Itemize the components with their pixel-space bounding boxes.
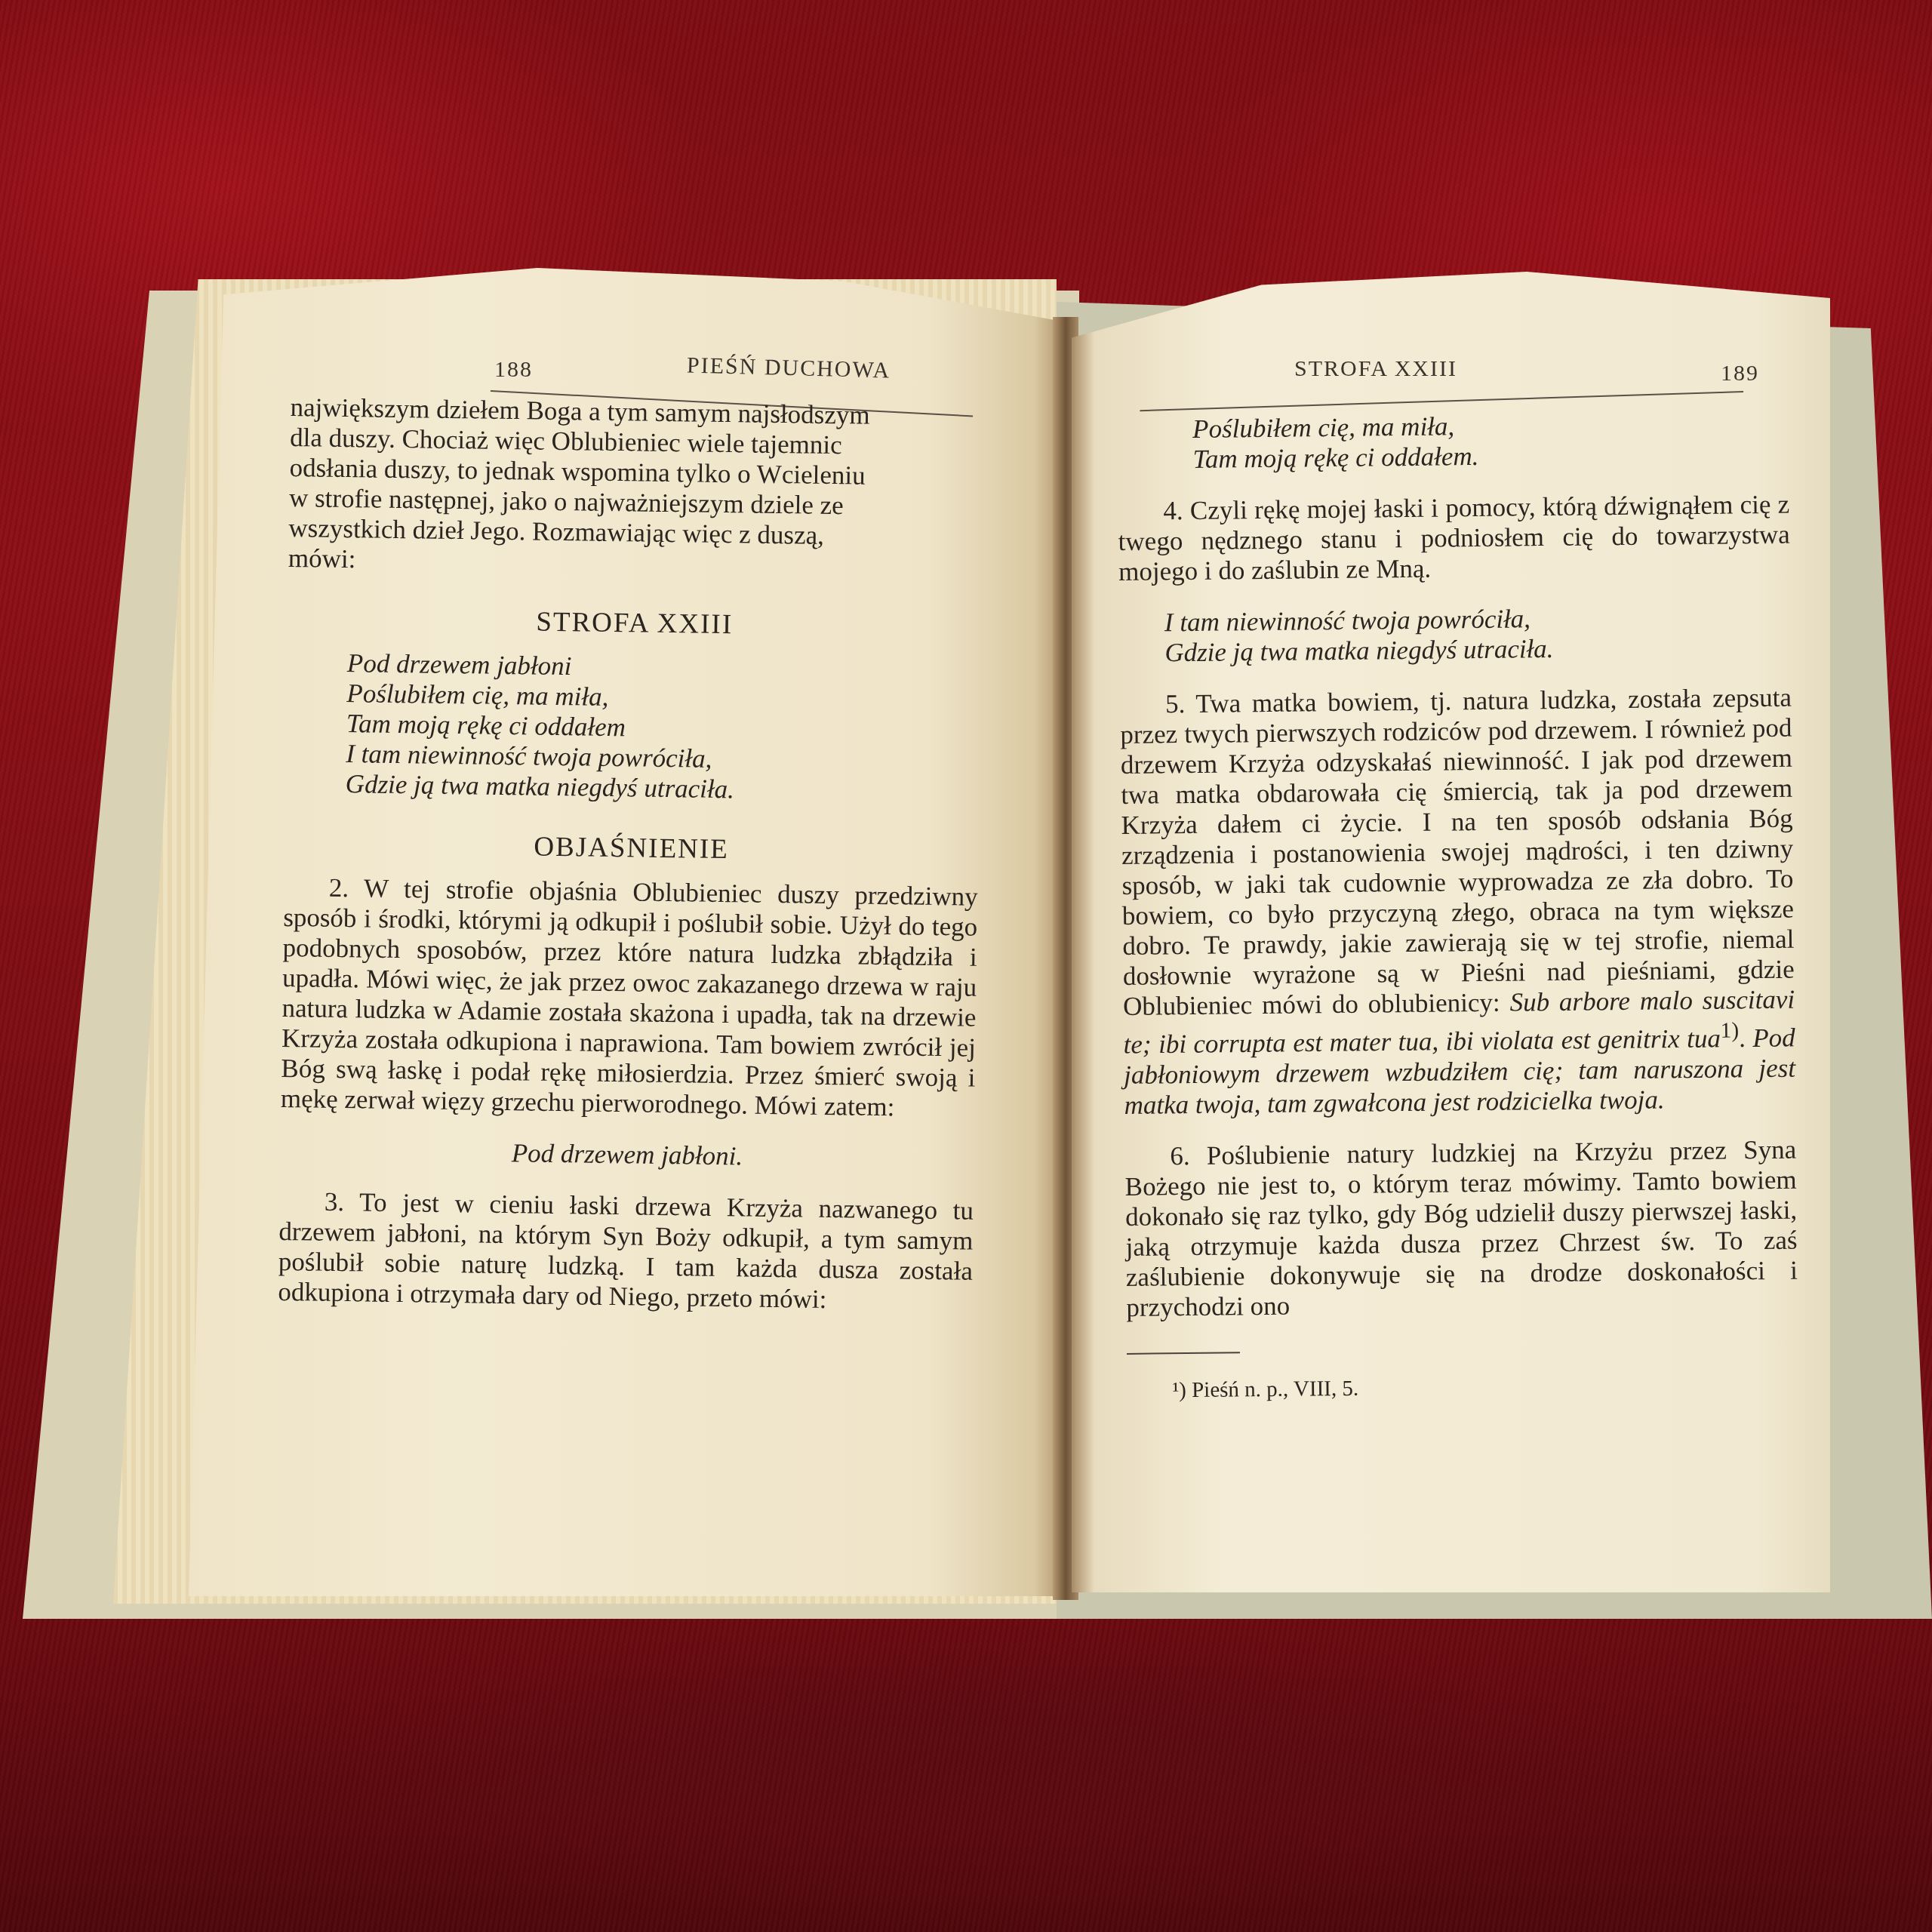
intro-paragraph: największym dziełem Boga a tym samym naj…	[288, 392, 985, 583]
left-page: 188 PIEŚŃ DUCHOWA największym dziełem Bo…	[189, 268, 1060, 1596]
quote-line: Pod drzewem jabłoni.	[280, 1135, 974, 1175]
right-page: STROFA XXIII 189 Poślubiłem cię, ma miła…	[1072, 272, 1830, 1592]
footnote-rule	[1127, 1352, 1240, 1355]
page-number-left: 188	[494, 357, 533, 383]
paragraph-2: 2. W tej strofie objaśnia Oblubieniec du…	[281, 872, 978, 1124]
left-page-body: największym dziełem Boga a tym samym naj…	[278, 392, 985, 1317]
paragraph-6: 6. Poślubienie natury ludzkiej na Krzyżu…	[1124, 1134, 1798, 1322]
right-page-body: Poślubiłem cię, ma miła, Tam moją rękę c…	[1117, 408, 1799, 1406]
paragraph-5-text: 5. Twa matka bowiem, tj. natura ludzka, …	[1120, 683, 1795, 1021]
footnote: ¹) Pieśń n. p., VIII, 5.	[1127, 1368, 1798, 1405]
paragraph-3: 3. To jest w cieniu łaski drzewa Krzyża …	[278, 1186, 974, 1317]
strophe-title: STROFA XXIII	[288, 604, 982, 644]
page-number-right: 189	[1721, 361, 1759, 386]
verse-middle: I tam niewinność twoja powróciła, Gdzie …	[1119, 601, 1792, 669]
section-title-objasnienie: OBJAŚNIENIE	[284, 829, 978, 869]
paragraph-5: 5. Twa matka bowiem, tj. natura ludzka, …	[1120, 683, 1796, 1121]
paragraph-4: 4. Czyli rękę mojej łaski i pomocy, któr…	[1118, 490, 1790, 587]
footnote-ref: 1)	[1721, 1018, 1740, 1042]
strophe-verse: Pod drzewem jabłoni Poślubiłem cię, ma m…	[285, 648, 981, 808]
running-head-left: PIEŚŃ DUCHOWA	[687, 352, 891, 383]
header-rule-right	[1140, 391, 1743, 411]
verse-top: Poślubiłem cię, ma miła, Tam moją rękę c…	[1117, 408, 1789, 475]
running-head-right: STROFA XXIII	[1294, 356, 1457, 382]
